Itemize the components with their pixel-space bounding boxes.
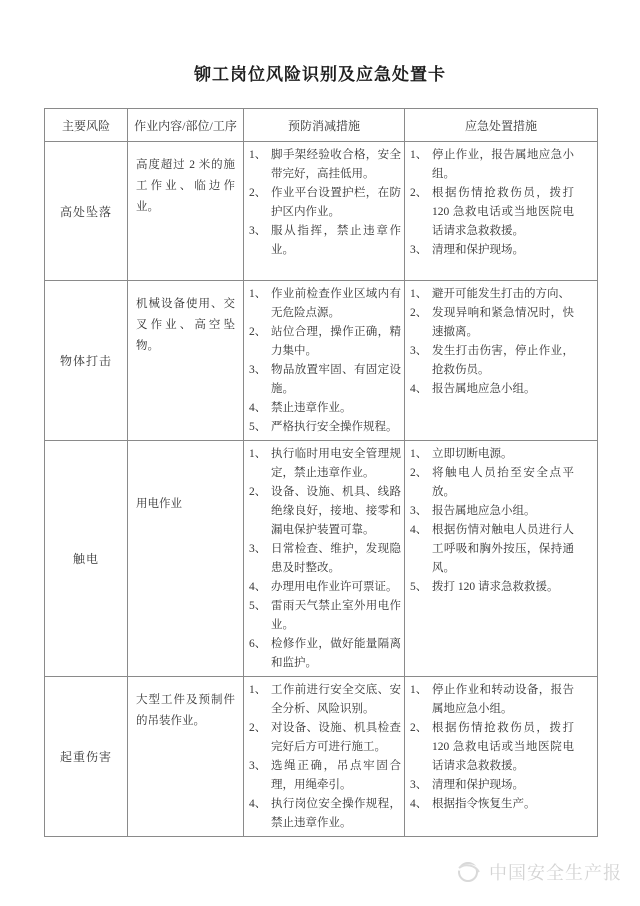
item-text: 严格执行安全操作规程。	[271, 418, 401, 437]
list-item: 清理和保护现场。	[410, 776, 594, 795]
item-number	[410, 521, 432, 578]
list-item: 日常检查、维护，发现隐患及时整改。	[249, 540, 401, 578]
item-text: 检修作业，做好能量隔离和监护。	[271, 635, 401, 673]
header-work-content: 作业内容/部位/工序	[128, 109, 244, 142]
item-number	[410, 184, 432, 241]
list-item: 报告属地应急小组。	[410, 502, 594, 521]
emergency-measures-cell: 停止作业，报告属地应急小组。 根据伤情抢救伤员，拨打 120 急救电话或当地医院…	[405, 142, 598, 281]
list-item: 作业前检查作业区域内有无危险点源。	[249, 285, 401, 323]
item-text: 日常检查、维护，发现隐患及时整改。	[271, 540, 401, 578]
list-item: 清理和保护现场。	[410, 241, 594, 260]
list-item: 办理用电作业许可票证。	[249, 578, 401, 597]
work-content-cell: 机械设备使用、交叉作业、高空坠物。	[128, 281, 244, 441]
work-content-cell: 用电作业	[128, 441, 244, 677]
header-main-risk: 主要风险	[45, 109, 128, 142]
table-header-row: 主要风险 作业内容/部位/工序 预防消减措施 应急处置措施	[45, 109, 598, 142]
risk-name-cell: 物体打击	[45, 281, 128, 441]
item-number	[410, 578, 432, 597]
risk-name-cell: 起重伤害	[45, 677, 128, 837]
watermark: 中国安全生产报	[454, 858, 622, 886]
item-number	[410, 681, 432, 719]
list-item: 根据伤情抢救伤员，拨打 120 急救电话或当地医院电话请求急救救援。	[410, 184, 594, 241]
item-number	[249, 146, 271, 184]
item-text: 清理和保护现场。	[432, 241, 594, 260]
item-number	[410, 304, 432, 342]
item-text: 工作前进行安全交底、安全分析、风险识别。	[271, 681, 401, 719]
item-text: 选绳正确，吊点牢固合理，用绳牵引。	[271, 757, 401, 795]
prevention-measures-cell: 脚手架经验收合格，安全带完好，高挂低用。 作业平台设置护栏，在防护区内作业。 服…	[244, 142, 405, 281]
item-number	[249, 540, 271, 578]
table-row-electric-shock: 触电 用电作业 执行临时用电安全管理规定，禁止违章作业。 设备、设施、机具、线路…	[45, 441, 598, 677]
item-text: 根据指令恢复生产。	[432, 795, 594, 814]
header-emergency-measures: 应急处置措施	[405, 109, 598, 142]
item-number	[249, 597, 271, 635]
emergency-measures-cell: 避开可能发生打击的方向、 发现异响和紧急情况时，快速撤离。 发生打击伤害，停止作…	[405, 281, 598, 441]
list-item: 检修作业，做好能量隔离和监护。	[249, 635, 401, 673]
item-text: 作业前检查作业区域内有无危险点源。	[271, 285, 401, 323]
item-text: 根据伤情对触电人员进行人工呼吸和胸外按压，保持通风。	[432, 521, 594, 578]
item-text: 停止作业，报告属地应急小组。	[432, 146, 594, 184]
item-text: 报告属地应急小组。	[432, 502, 594, 521]
prevention-measures-cell: 工作前进行安全交底、安全分析、风险识别。 对设备、设施、机具检查完好后方可进行施…	[244, 677, 405, 837]
item-text: 根据伤情抢救伤员，拨打 120 急救电话或当地医院电话请求急救救援。	[432, 184, 594, 241]
item-text: 报告属地应急小组。	[432, 380, 594, 399]
emergency-measures-cell: 停止作业和转动设备，报告属地应急小组。 根据伤情抢救伤员，拨打 120 急救电话…	[405, 677, 598, 837]
page-title: 铆工岗位风险识别及应急处置卡	[0, 0, 640, 86]
table-row-fall-from-height: 高处坠落 高度超过 2 米的施工作业、临边作业。 脚手架经验收合格，安全带完好，…	[45, 142, 598, 281]
list-item: 执行临时用电安全管理规定，禁止违章作业。	[249, 445, 401, 483]
item-number	[249, 719, 271, 757]
list-item: 发现异响和紧急情况时，快速撤离。	[410, 304, 594, 342]
list-item: 根据伤情对触电人员进行人工呼吸和胸外按压，保持通风。	[410, 521, 594, 578]
list-item: 避开可能发生打击的方向、	[410, 285, 594, 304]
item-number	[249, 184, 271, 222]
list-item: 对设备、设施、机具检查完好后方可进行施工。	[249, 719, 401, 757]
emergency-measures-cell: 立即切断电源。 将触电人员抬至安全点平放。 报告属地应急小组。	[405, 441, 598, 677]
list-item: 立即切断电源。	[410, 445, 594, 464]
item-number	[249, 418, 271, 437]
list-item: 禁止违章作业。	[249, 399, 401, 418]
item-text: 脚手架经验收合格，安全带完好，高挂低用。	[271, 146, 401, 184]
item-text: 物品放置牢固、有固定设施。	[271, 361, 401, 399]
list-item: 严格执行安全操作规程。	[249, 418, 401, 437]
item-number	[249, 323, 271, 361]
item-number	[410, 380, 432, 399]
list-item: 设备、设施、机具、线路绝缘良好，接地、接零和漏电保护装置可靠。	[249, 483, 401, 540]
item-number	[410, 146, 432, 184]
item-number	[410, 285, 432, 304]
item-text: 将触电人员抬至安全点平放。	[432, 464, 594, 502]
item-number	[249, 578, 271, 597]
item-text: 根据伤情抢救伤员，拨打 120 急救电话或当地医院电话请求急救救援。	[432, 719, 594, 776]
list-item: 根据指令恢复生产。	[410, 795, 594, 814]
item-text: 清理和保护现场。	[432, 776, 594, 795]
item-number	[410, 241, 432, 260]
document-page: 铆工岗位风险识别及应急处置卡 主要风险 作业内容/部位/工序 预防消减措施 应急…	[0, 0, 640, 906]
table-row-lifting-injury: 起重伤害 大型工件及预制件的吊装作业。 工作前进行安全交底、安全分析、风险识别。…	[45, 677, 598, 837]
table-row-object-strike: 物体打击 机械设备使用、交叉作业、高空坠物。 作业前检查作业区域内有无危险点源。…	[45, 281, 598, 441]
item-text: 停止作业和转动设备，报告属地应急小组。	[432, 681, 594, 719]
item-text: 立即切断电源。	[432, 445, 594, 464]
item-text: 执行岗位安全操作规程，禁止违章作业。	[271, 795, 401, 833]
item-number	[410, 502, 432, 521]
item-text: 雷雨天气禁止室外用电作业。	[271, 597, 401, 635]
list-item: 执行岗位安全操作规程，禁止违章作业。	[249, 795, 401, 833]
item-number	[410, 776, 432, 795]
list-item: 将触电人员抬至安全点平放。	[410, 464, 594, 502]
item-number	[410, 795, 432, 814]
item-text: 执行临时用电安全管理规定，禁止违章作业。	[271, 445, 401, 483]
item-number	[249, 757, 271, 795]
list-item: 停止作业，报告属地应急小组。	[410, 146, 594, 184]
item-number	[410, 342, 432, 380]
item-number	[249, 285, 271, 323]
header-prevention-measures: 预防消减措施	[244, 109, 405, 142]
list-item: 站位合理，操作正确，精力集中。	[249, 323, 401, 361]
item-number	[249, 795, 271, 833]
item-number	[249, 635, 271, 673]
item-number	[410, 464, 432, 502]
item-number	[249, 399, 271, 418]
item-number	[249, 483, 271, 540]
item-text: 对设备、设施、机具检查完好后方可进行施工。	[271, 719, 401, 757]
prevention-measures-cell: 执行临时用电安全管理规定，禁止违章作业。 设备、设施、机具、线路绝缘良好，接地、…	[244, 441, 405, 677]
item-number	[410, 719, 432, 776]
item-number	[249, 222, 271, 260]
list-item: 物品放置牢固、有固定设施。	[249, 361, 401, 399]
work-content-cell: 高度超过 2 米的施工作业、临边作业。	[128, 142, 244, 281]
item-text: 禁止违章作业。	[271, 399, 401, 418]
risk-table: 主要风险 作业内容/部位/工序 预防消减措施 应急处置措施 高处坠落 高度超过 …	[44, 108, 598, 837]
list-item: 发生打击伤害，停止作业，抢救伤员。	[410, 342, 594, 380]
item-text: 设备、设施、机具、线路绝缘良好，接地、接零和漏电保护装置可靠。	[271, 483, 401, 540]
item-number	[410, 445, 432, 464]
item-text: 作业平台设置护栏，在防护区内作业。	[271, 184, 401, 222]
work-content-cell: 大型工件及预制件的吊装作业。	[128, 677, 244, 837]
list-item: 服从指挥，禁止违章作业。	[249, 222, 401, 260]
newspaper-logo-icon	[454, 858, 482, 886]
list-item: 拨打 120 请求急救救援。	[410, 578, 594, 597]
item-text: 办理用电作业许可票证。	[271, 578, 401, 597]
item-text: 避开可能发生打击的方向、	[432, 285, 594, 304]
item-number	[249, 361, 271, 399]
item-number	[249, 681, 271, 719]
item-text: 发现异响和紧急情况时，快速撤离。	[432, 304, 594, 342]
risk-name-cell: 触电	[45, 441, 128, 677]
prevention-measures-cell: 作业前检查作业区域内有无危险点源。 站位合理，操作正确，精力集中。 物品放置牢固…	[244, 281, 405, 441]
list-item: 脚手架经验收合格，安全带完好，高挂低用。	[249, 146, 401, 184]
list-item: 报告属地应急小组。	[410, 380, 594, 399]
watermark-text: 中国安全生产报	[489, 859, 622, 885]
item-text: 服从指挥，禁止违章作业。	[271, 222, 401, 260]
list-item: 停止作业和转动设备，报告属地应急小组。	[410, 681, 594, 719]
risk-name-cell: 高处坠落	[45, 142, 128, 281]
list-item: 作业平台设置护栏，在防护区内作业。	[249, 184, 401, 222]
item-number	[249, 445, 271, 483]
list-item: 选绳正确，吊点牢固合理，用绳牵引。	[249, 757, 401, 795]
item-text: 拨打 120 请求急救救援。	[432, 578, 594, 597]
list-item: 根据伤情抢救伤员，拨打 120 急救电话或当地医院电话请求急救救援。	[410, 719, 594, 776]
item-text: 站位合理，操作正确，精力集中。	[271, 323, 401, 361]
list-item: 工作前进行安全交底、安全分析、风险识别。	[249, 681, 401, 719]
item-text: 发生打击伤害，停止作业，抢救伤员。	[432, 342, 594, 380]
list-item: 雷雨天气禁止室外用电作业。	[249, 597, 401, 635]
